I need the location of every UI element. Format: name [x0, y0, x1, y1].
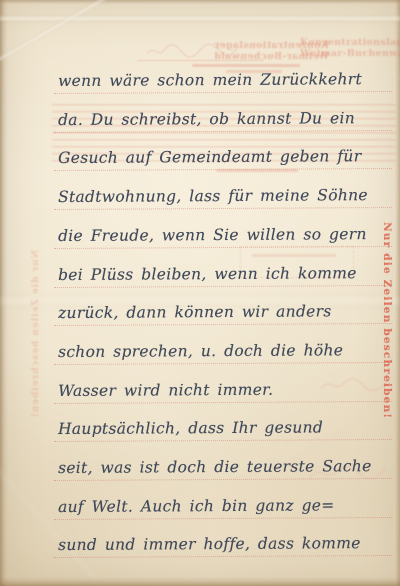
- handwritten-text: sund und immer hoffe, dass komme: [58, 535, 361, 555]
- handwritten-text: da. Du schreibst, ob kannst Du ein: [58, 109, 355, 129]
- handwritten-line-6: bei Plüss bleiben, wenn ich komme: [54, 248, 392, 287]
- handwritten-line-9: Wasser wird nicht immer.: [54, 365, 392, 404]
- handwritten-line-2: da. Du schreibst, ob kannst Du ein: [54, 94, 392, 133]
- handwritten-line-7: zurück, dann können wir anders: [54, 287, 392, 326]
- handwritten-text: Stadtwohnung, lass für meine Söhne: [58, 186, 368, 206]
- handwritten-line-1: wenn wäre schon mein Zurückkehrt: [54, 55, 392, 94]
- handwriting-area: wenn wäre schon mein Zurückkehrtda. Du s…: [0, 0, 400, 586]
- handwritten-text: zurück, dann können wir anders: [58, 303, 332, 323]
- handwritten-line-12: auf Welt. Auch ich bin ganz ge=: [54, 481, 392, 520]
- handwritten-text: die Freude, wenn Sie willen so gern: [58, 225, 367, 245]
- handwritten-line-13: sund und immer hoffe, dass komme: [54, 519, 392, 558]
- letter-page: Konzentrationslager Weimar-Buchenwald Ko…: [0, 0, 400, 586]
- handwritten-text: Hauptsächlich, dass Ihr gesund: [58, 419, 323, 439]
- handwritten-text: seit, was ist doch die teuerste Sache: [58, 457, 372, 477]
- handwritten-text: auf Welt. Auch ich bin ganz ge=: [58, 496, 335, 516]
- handwritten-line-4: Stadtwohnung, lass für meine Söhne: [54, 171, 392, 210]
- handwritten-line-10: Hauptsächlich, dass Ihr gesund: [54, 403, 392, 442]
- handwritten-line-11: seit, was ist doch die teuerste Sache: [54, 442, 392, 481]
- handwritten-text: wenn wäre schon mein Zurückkehrt: [58, 70, 362, 90]
- handwritten-line-8: schon sprechen, u. doch die höhe: [54, 326, 392, 365]
- handwritten-line-5: die Freude, wenn Sie willen so gern: [54, 210, 392, 249]
- handwritten-text: Wasser wird nicht immer.: [58, 380, 273, 399]
- handwritten-text: Gesuch auf Gemeindeamt geben für: [58, 148, 361, 168]
- handwritten-text: schon sprechen, u. doch die höhe: [58, 341, 343, 361]
- handwritten-line-3: Gesuch auf Gemeindeamt geben für: [54, 132, 392, 171]
- handwritten-text: bei Plüss bleiben, wenn ich komme: [58, 264, 357, 284]
